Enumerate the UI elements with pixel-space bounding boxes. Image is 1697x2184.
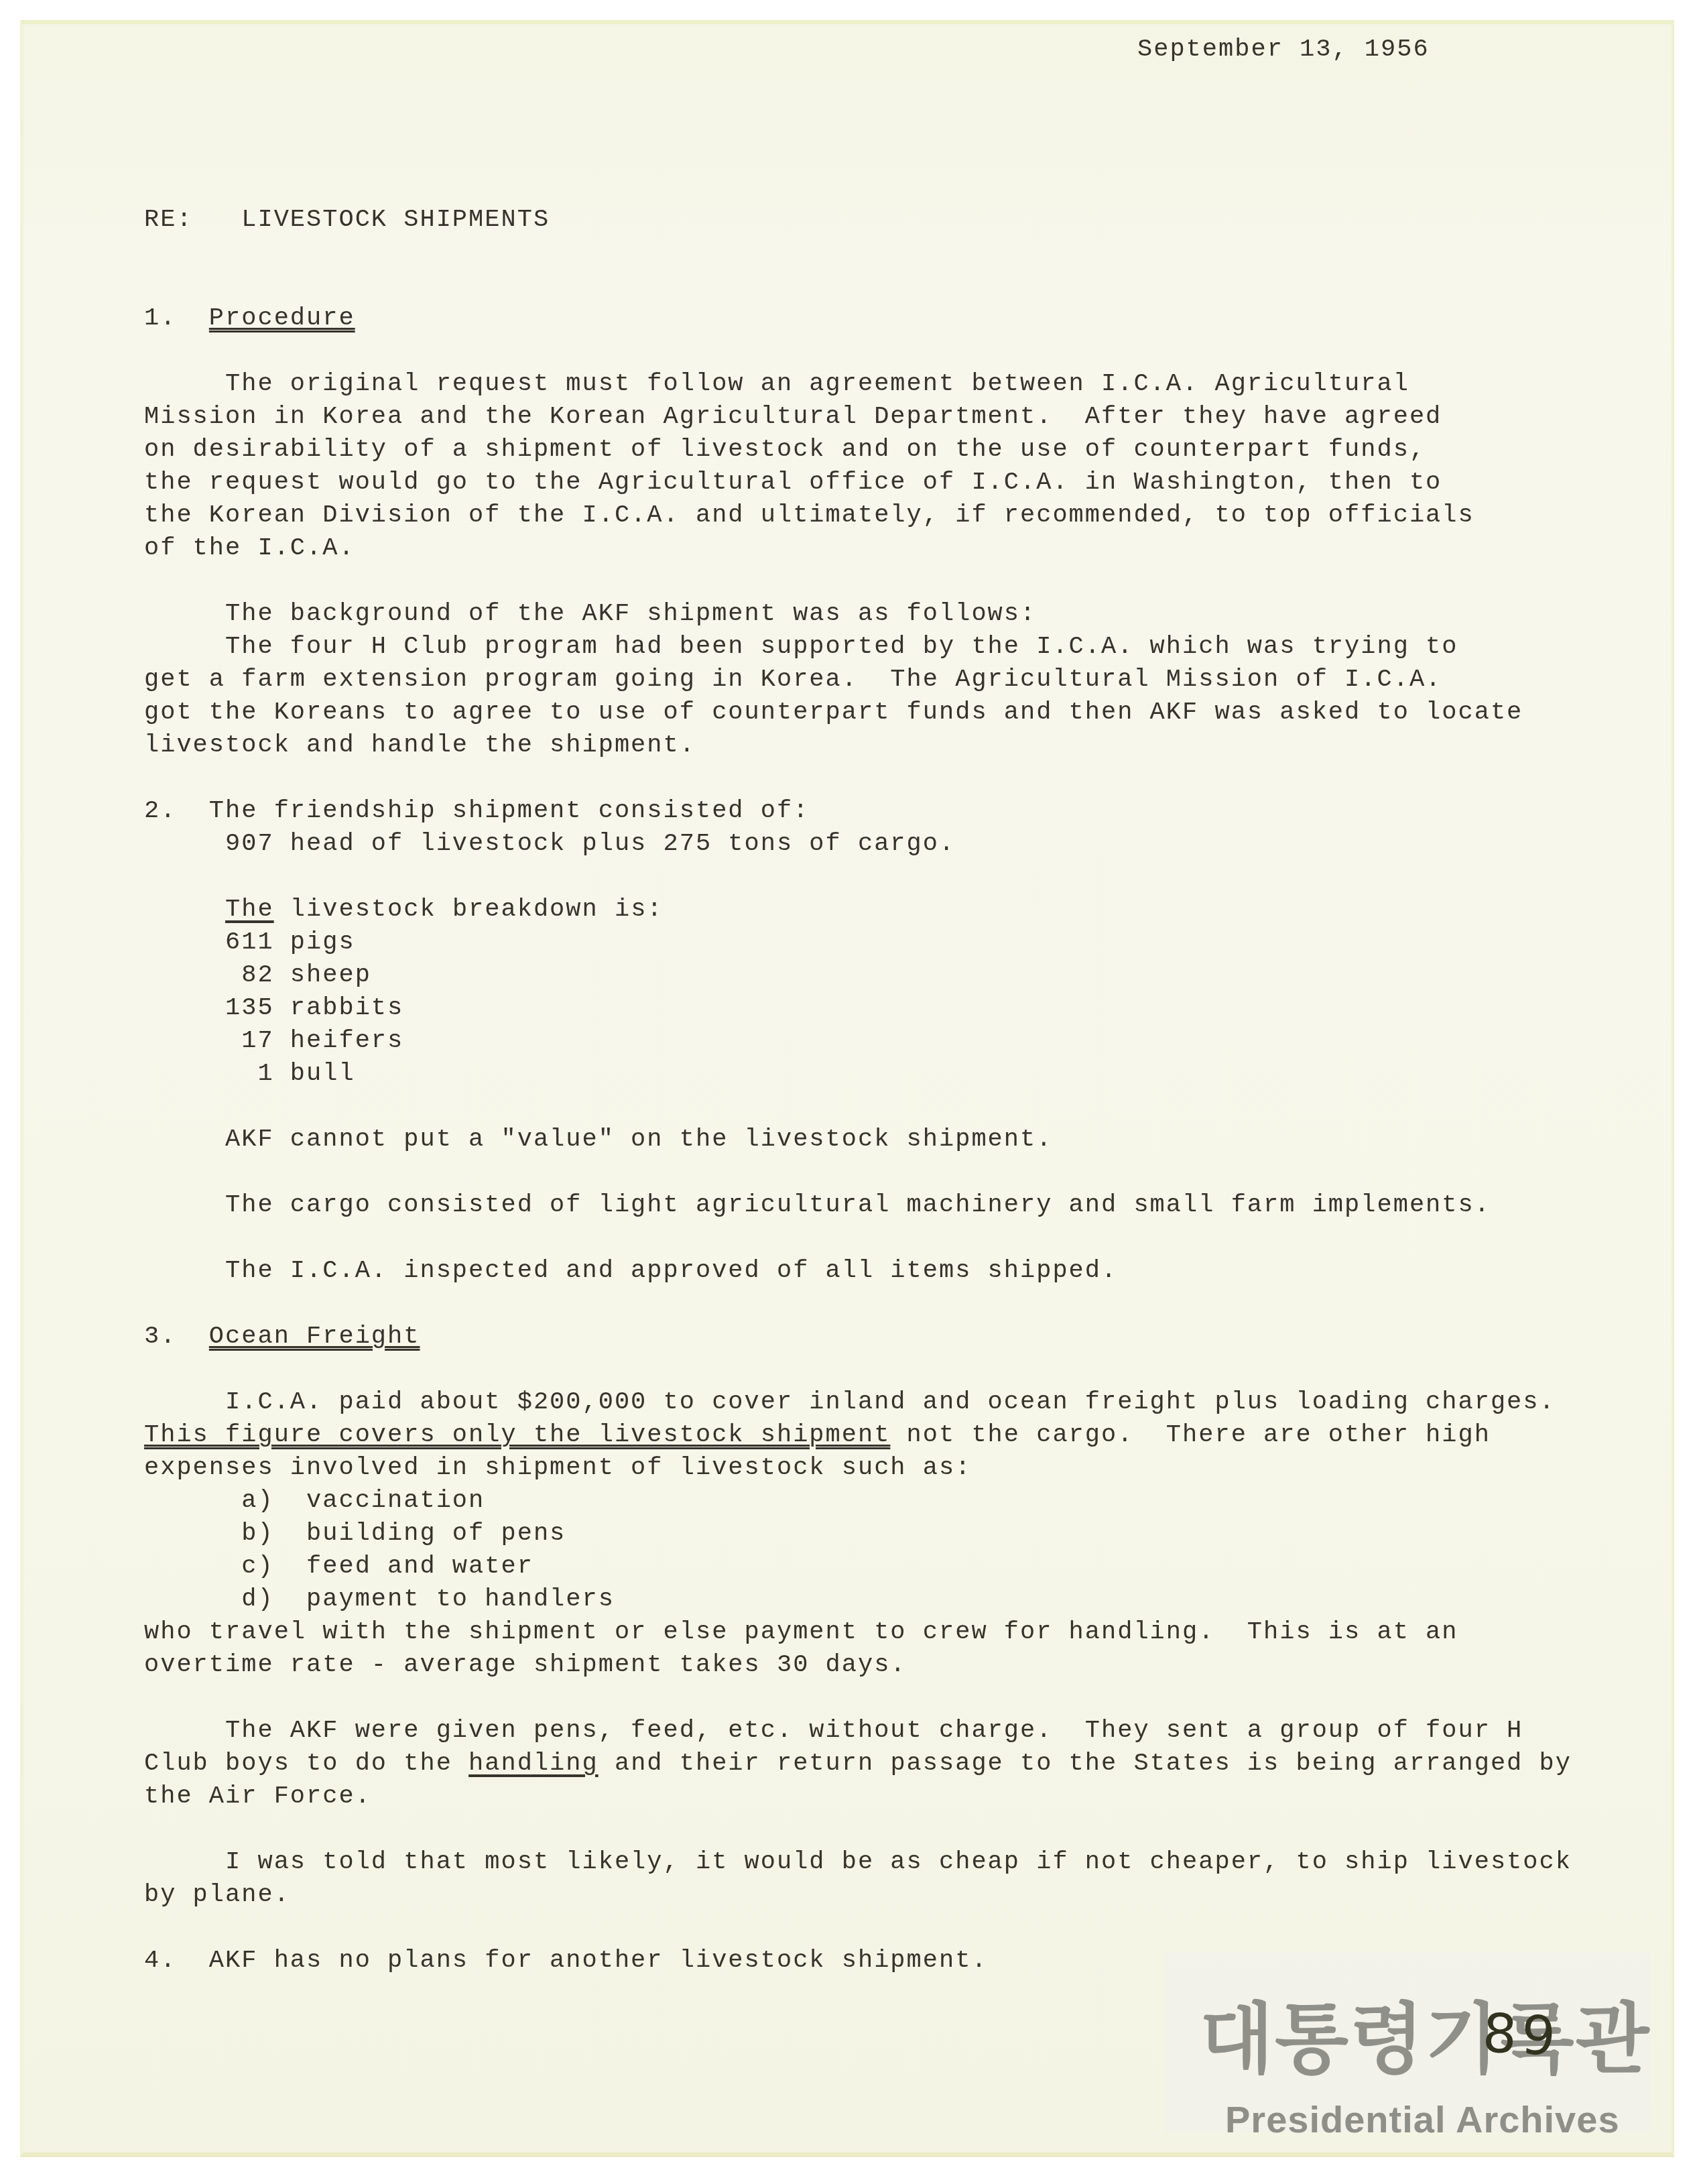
document-page: September 13, 1956 RE: LIVESTOCK SHIPMEN… bbox=[20, 20, 1674, 2157]
document-line bbox=[144, 1156, 1645, 1189]
document-line: Mission in Korea and the Korean Agricult… bbox=[144, 401, 1645, 434]
document-line: 135 rabbits bbox=[144, 992, 1645, 1025]
document-line bbox=[144, 1091, 1645, 1124]
document-line: 1. Procedure bbox=[144, 302, 1645, 335]
text-segment: not the cargo. There are other high bbox=[890, 1421, 1491, 1449]
text-segment: the Air Force. bbox=[144, 1782, 371, 1811]
document-line: the Air Force. bbox=[144, 1780, 1645, 1813]
underlined-text: Ocean Freight bbox=[209, 1323, 420, 1351]
document-line: overtime rate - average shipment takes 3… bbox=[144, 1649, 1645, 1682]
document-line: 907 head of livestock plus 275 tons of c… bbox=[144, 828, 1645, 861]
document-line: a) vaccination bbox=[144, 1485, 1645, 1518]
document-line: I.C.A. paid about $200,000 to cover inla… bbox=[144, 1386, 1645, 1419]
document-line bbox=[144, 1353, 1645, 1386]
text-segment: 907 head of livestock plus 275 tons of c… bbox=[144, 830, 955, 858]
document-line: The AKF were given pens, feed, etc. with… bbox=[144, 1715, 1645, 1748]
document-line: 611 pigs bbox=[144, 926, 1645, 959]
text-segment: livestock and handle the shipment. bbox=[144, 731, 696, 760]
text-segment: 17 heifers bbox=[144, 1027, 403, 1055]
document-line: Club boys to do the handling and their r… bbox=[144, 1748, 1645, 1780]
text-segment: 135 rabbits bbox=[144, 994, 403, 1022]
document-line: The livestock breakdown is: bbox=[144, 894, 1645, 926]
watermark-korean-text: 대통령기록관 bbox=[1200, 1999, 1651, 2079]
text-segment: on desirability of a shipment of livesto… bbox=[144, 436, 1426, 464]
text-segment: d) payment to handlers bbox=[144, 1585, 615, 1614]
document-body: RE: LIVESTOCK SHIPMENTS1. Procedure The … bbox=[144, 204, 1645, 1978]
text-segment: expenses involved in shipment of livesto… bbox=[144, 1454, 971, 1482]
document-line: by plane. bbox=[144, 1879, 1645, 1912]
text-segment: RE: LIVESTOCK SHIPMENTS bbox=[144, 206, 550, 234]
text-segment: the request would go to the Agricultural… bbox=[144, 469, 1442, 497]
text-segment: 2. The friendship shipment consisted of: bbox=[144, 797, 809, 825]
document-line: This figure covers only the livestock sh… bbox=[144, 1419, 1645, 1452]
text-segment: 4. AKF has no plans for another livestoc… bbox=[144, 1947, 988, 1975]
text-segment: The I.C.A. inspected and approved of all… bbox=[144, 1257, 1117, 1285]
text-segment: AKF cannot put a "value" on the livestoc… bbox=[144, 1126, 1052, 1154]
text-segment: by plane. bbox=[144, 1881, 290, 1909]
text-segment: 1. bbox=[144, 304, 209, 332]
underlined-text: handling bbox=[468, 1750, 599, 1778]
text-segment: got the Koreans to agree to use of count… bbox=[144, 699, 1523, 727]
text-segment: The AKF were given pens, feed, etc. with… bbox=[144, 1717, 1523, 1745]
document-line: b) building of pens bbox=[144, 1518, 1645, 1551]
document-line: 82 sheep bbox=[144, 959, 1645, 992]
document-line: 3. Ocean Freight bbox=[144, 1321, 1645, 1353]
document-line bbox=[144, 1912, 1645, 1945]
text-segment: The original request must follow an agre… bbox=[144, 370, 1409, 398]
text-segment: The background of the AKF shipment was a… bbox=[144, 600, 1036, 628]
document-line bbox=[144, 1288, 1645, 1321]
document-line: the request would go to the Agricultural… bbox=[144, 467, 1645, 499]
watermark-english-text: Presidential Archives bbox=[1225, 2100, 1620, 2140]
text-segment: 3. bbox=[144, 1323, 209, 1351]
document-line: The I.C.A. inspected and approved of all… bbox=[144, 1255, 1645, 1288]
text-segment: overtime rate - average shipment takes 3… bbox=[144, 1651, 907, 1679]
document-line bbox=[144, 861, 1645, 894]
text-segment: get a farm extension program going in Ko… bbox=[144, 666, 1442, 694]
document-line bbox=[144, 1222, 1645, 1255]
document-line: of the I.C.A. bbox=[144, 532, 1645, 565]
document-line: livestock and handle the shipment. bbox=[144, 729, 1645, 762]
document-line: The background of the AKF shipment was a… bbox=[144, 598, 1645, 631]
text-segment: livestock breakdown is: bbox=[274, 896, 664, 924]
document-line bbox=[144, 269, 1645, 302]
document-line: c) feed and water bbox=[144, 1551, 1645, 1583]
text-segment: I was told that most likely, it would be… bbox=[144, 1848, 1572, 1876]
document-line bbox=[144, 1813, 1645, 1846]
text-segment: c) feed and water bbox=[144, 1553, 533, 1581]
document-line: 1 bull bbox=[144, 1058, 1645, 1091]
document-line: The original request must follow an agre… bbox=[144, 368, 1645, 401]
text-segment: Mission in Korea and the Korean Agricult… bbox=[144, 403, 1442, 431]
document-line bbox=[144, 762, 1645, 795]
document-line: d) payment to handlers bbox=[144, 1583, 1645, 1616]
underlined-text: Procedure bbox=[209, 304, 355, 332]
document-line: the Korean Division of the I.C.A. and ul… bbox=[144, 499, 1645, 532]
document-line bbox=[144, 565, 1645, 598]
text-segment: I.C.A. paid about $200,000 to cover inla… bbox=[144, 1388, 1556, 1416]
text-segment: b) building of pens bbox=[144, 1520, 566, 1548]
document-line: got the Koreans to agree to use of count… bbox=[144, 696, 1645, 729]
document-line: who travel with the shipment or else pay… bbox=[144, 1616, 1645, 1649]
document-date: September 13, 1956 bbox=[1137, 34, 1430, 66]
text-segment: Club boys to do the bbox=[144, 1750, 468, 1778]
text-segment: The four H Club program had been support… bbox=[144, 633, 1458, 661]
page-number-stamp: 89 bbox=[1481, 2005, 1562, 2065]
document-line bbox=[144, 1682, 1645, 1715]
document-line: I was told that most likely, it would be… bbox=[144, 1846, 1645, 1879]
text-segment: 82 sheep bbox=[144, 961, 371, 989]
text-segment: the Korean Division of the I.C.A. and ul… bbox=[144, 501, 1474, 530]
document-line: expenses involved in shipment of livesto… bbox=[144, 1452, 1645, 1485]
document-line bbox=[144, 335, 1645, 368]
text-segment: a) vaccination bbox=[144, 1487, 485, 1515]
text-segment: The cargo consisted of light agricultura… bbox=[144, 1191, 1491, 1219]
document-line: 17 heifers bbox=[144, 1025, 1645, 1058]
text-segment: who travel with the shipment or else pay… bbox=[144, 1618, 1458, 1646]
text-segment: of the I.C.A. bbox=[144, 534, 355, 562]
document-line: AKF cannot put a "value" on the livestoc… bbox=[144, 1124, 1645, 1156]
text-segment: 1 bull bbox=[144, 1060, 355, 1088]
text-segment bbox=[144, 896, 225, 924]
text-segment: 611 pigs bbox=[144, 928, 355, 957]
underlined-text: The bbox=[225, 896, 274, 924]
document-line bbox=[144, 237, 1645, 269]
document-line: on desirability of a shipment of livesto… bbox=[144, 434, 1645, 467]
document-line: RE: LIVESTOCK SHIPMENTS bbox=[144, 204, 1645, 237]
document-line: The cargo consisted of light agricultura… bbox=[144, 1189, 1645, 1222]
document-line: The four H Club program had been support… bbox=[144, 631, 1645, 664]
underlined-text: This figure covers only the livestock sh… bbox=[144, 1421, 890, 1449]
text-segment: and their return passage to the States i… bbox=[599, 1750, 1572, 1778]
document-line: get a farm extension program going in Ko… bbox=[144, 664, 1645, 696]
document-line: 2. The friendship shipment consisted of: bbox=[144, 795, 1645, 828]
